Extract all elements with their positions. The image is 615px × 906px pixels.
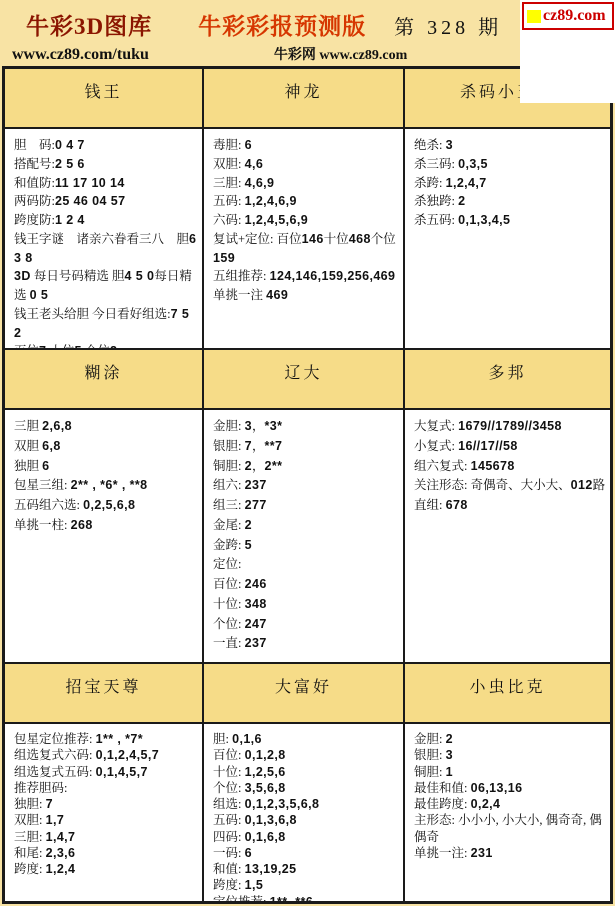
label-text: 绝杀: xyxy=(414,138,446,152)
value-text: 268 xyxy=(71,518,93,532)
panel-content: 三胆 2,6,8双胆 6,8独胆 6包星三组: 2** , *6* , **8五… xyxy=(5,410,202,662)
prediction-line: 双胆: 1,7 xyxy=(14,812,200,828)
label-text: 每日号码精选 胆 xyxy=(31,269,125,283)
panel-hutu: 糊涂 三胆 2,6,8双胆 6,8独胆 6包星三组: 2** , *6* , *… xyxy=(5,350,202,662)
logo-text: cz89.com xyxy=(543,7,606,25)
label-text: 独胆 xyxy=(14,459,42,473)
prediction-line: 钱王字谜 诸亲六眷看三八 胆6 3 8 xyxy=(14,230,200,268)
value-text: 0,1,3,6,8 xyxy=(245,813,297,827)
value-text: 3 xyxy=(245,419,252,433)
prediction-line: 3D 每日号码精选 胆4 5 0每日精选 0 5 xyxy=(14,267,200,305)
value-text: 25 46 04 57 xyxy=(55,194,125,208)
prediction-line: 单挑一注: 231 xyxy=(414,845,608,861)
label-text: 一码: xyxy=(213,846,245,860)
yellow-square-icon xyxy=(527,10,541,23)
value-text: 0,3,5 xyxy=(458,157,488,171)
value-text: 277 xyxy=(245,498,267,512)
label-text: 百位: xyxy=(213,748,245,762)
prediction-line: 五码: 1,2,4,6,9 xyxy=(213,192,401,211)
value-text: 237 xyxy=(245,478,267,492)
panel-shama-xiaowangzi: 杀码小王子 绝杀: 3杀三码: 0,3,5杀跨: 1,2,4,7杀独跨: 2杀五… xyxy=(405,69,610,348)
prediction-line: 一码: 6 xyxy=(213,845,401,861)
label-text: 银胆: xyxy=(414,748,446,762)
prediction-line: 胆: 0,1,6 xyxy=(213,731,401,747)
label-text: 双胆 xyxy=(14,439,42,453)
label-text: 组选复式六码: xyxy=(14,748,96,762)
label-text: 定位: xyxy=(213,557,241,571)
prediction-line: 百位7 十位5 个位2 xyxy=(14,342,200,348)
panel-content: 包星定位推荐: 1** , *7*组选复式六码: 0,1,2,4,5,7组选复式… xyxy=(5,724,202,901)
site-title: 牛彩3D图库 xyxy=(26,8,152,41)
issue-number: 第 328 期 xyxy=(394,11,502,40)
prediction-line: 个位: 247 xyxy=(213,615,401,635)
label-text: 小复式: xyxy=(414,439,458,453)
value-text: 2 xyxy=(245,459,252,473)
label-text: 组六复式: xyxy=(414,459,471,473)
label-text: 五码组六选: xyxy=(14,498,83,512)
value-text: 0,1,6,8 xyxy=(245,830,286,844)
prediction-line: 杀三码: 0,3,5 xyxy=(414,155,608,174)
value-text: 1,2,5,6 xyxy=(245,765,286,779)
label-text: 双胆: xyxy=(213,157,245,171)
value-text: 0,1,2,3,5,6,8 xyxy=(245,797,320,811)
label-text: 和尾: xyxy=(14,846,46,860)
prediction-line: 定位: xyxy=(213,555,401,575)
prediction-line: 杀五码: 0,1,3,4,5 xyxy=(414,211,608,230)
value-text: 0,1,2,8 xyxy=(245,748,286,762)
label-text: 直组: xyxy=(414,498,446,512)
prediction-line: 推荐胆码: xyxy=(14,780,200,796)
panel-zhaobao-tianzun: 招宝天尊 包星定位推荐: 1** , *7*组选复式六码: 0,1,2,4,5,… xyxy=(5,664,202,901)
prediction-line: 跨度: 1,5 xyxy=(213,877,401,893)
label-text: 个位: xyxy=(213,781,245,795)
value-text: 247 xyxy=(245,617,267,631)
value-text: 6 xyxy=(245,138,252,152)
prediction-line: 组六: 237 xyxy=(213,476,401,496)
prediction-line: 六码: 1,2,4,5,6,9 xyxy=(213,211,401,230)
prediction-line: 单挑一柱: 268 xyxy=(14,516,200,536)
label-text: 关注形态: 奇偶奇、大小大、 xyxy=(414,478,571,492)
value-text: 468 xyxy=(349,232,371,246)
value-text: 3D xyxy=(14,269,31,283)
panel-shenlong: 神龙 毒胆: 6双胆: 4,6三胆: 4,6,9五码: 1,2,4,6,9六码:… xyxy=(204,69,403,348)
prediction-line: 金尾: 2 xyxy=(213,516,401,536)
value-text: 145678 xyxy=(471,459,515,473)
label-text: 钱王字谜 诸亲六眷看三八 胆 xyxy=(14,232,189,246)
label-text: 胆 码: xyxy=(14,138,55,152)
label-text: 跨度防: xyxy=(14,213,55,227)
value-text: 2** xyxy=(264,459,282,473)
prediction-line: 独胆 6 xyxy=(14,457,200,477)
prediction-line: 钱王老头给胆 今日看好组选:7 5 2 xyxy=(14,305,200,343)
value-text: 0 4 7 xyxy=(55,138,85,152)
label-text: 金胆: xyxy=(414,732,446,746)
label-text: ， xyxy=(252,439,265,453)
prediction-line: 主形态: 小小小, 小大小, 偶奇奇, 偶偶奇 xyxy=(414,812,608,845)
prediction-line: 个位: 3,5,6,8 xyxy=(213,780,401,796)
value-text: 5 xyxy=(75,344,82,348)
value-text: 146 xyxy=(302,232,324,246)
value-text: 1,2,4,7 xyxy=(446,176,487,190)
prediction-line: 两码防:25 46 04 57 xyxy=(14,192,200,211)
prediction-line: 和尾: 2,3,6 xyxy=(14,845,200,861)
prediction-line: 五组推荐: 124,146,159,256,469 xyxy=(213,267,401,286)
prediction-line: 搭配号:2 5 6 xyxy=(14,155,200,174)
value-text: 2 5 6 xyxy=(55,157,85,171)
prediction-line: 组三: 277 xyxy=(213,496,401,516)
label-text: 最佳和值: xyxy=(414,781,471,795)
value-text: 6 xyxy=(42,459,49,473)
panel-content: 大复式: 1679//1789//3458小复式: 16//17//58组六复式… xyxy=(405,410,610,662)
value-text: 2,3,6 xyxy=(46,846,76,860)
cz89-logo[interactable]: cz89.com xyxy=(522,2,614,30)
panel-content: 金胆: 3，*3*银胆: 7，**7铜胆: 2，2**组六: 237组三: 27… xyxy=(204,410,403,662)
prediction-line: 直组: 678 xyxy=(414,496,608,516)
value-text: 1,5 xyxy=(245,878,264,892)
label-text: 铜胆: xyxy=(414,765,446,779)
prediction-line: 包星三组: 2** , *6* , **8 xyxy=(14,476,200,496)
label-text: 十位 xyxy=(46,344,74,348)
value-text: 246 xyxy=(245,577,267,591)
label-text: 三胆: xyxy=(213,176,245,190)
value-text: 2 xyxy=(446,732,453,746)
label-text: 包星定位推荐: xyxy=(14,732,96,746)
prediction-line: 四码: 0,1,6,8 xyxy=(213,829,401,845)
value-text: 1 xyxy=(446,765,453,779)
corner-logo-box: cz89.com xyxy=(520,0,615,103)
value-text: 0,1,4,5,7 xyxy=(96,765,148,779)
value-text: 1,2,4 xyxy=(46,862,76,876)
value-text: **7 xyxy=(264,439,282,453)
label-text: 组选: xyxy=(213,797,245,811)
label-text: 最佳跨度: xyxy=(414,797,471,811)
value-text: *3* xyxy=(264,419,282,433)
label-text: 定位推荐: xyxy=(213,895,270,902)
label-text: 单挑一柱: xyxy=(14,518,71,532)
value-text: 0 5 xyxy=(30,288,49,302)
panel-title: 神龙 xyxy=(204,69,403,129)
prediction-line: 金跨: 5 xyxy=(213,536,401,556)
value-text: 3 xyxy=(446,138,453,152)
prediction-line: 三胆 2,6,8 xyxy=(14,417,200,437)
value-text: 3 xyxy=(446,748,453,762)
label-text: 推荐胆码: xyxy=(14,781,67,795)
label-text: 胆: xyxy=(213,732,232,746)
panel-title: 钱王 xyxy=(5,69,202,129)
label-text: 十位: xyxy=(213,597,245,611)
label-text: 杀三码: xyxy=(414,157,458,171)
label-text: 五码: xyxy=(213,194,245,208)
panel-title: 大富好 xyxy=(204,664,403,724)
value-text: 1,2,4,5,6,9 xyxy=(245,213,308,227)
label-text: 组六: xyxy=(213,478,245,492)
value-text: 2** , *6* , **8 xyxy=(71,478,148,492)
prediction-line: 关注形态: 奇偶奇、大小大、012路 xyxy=(414,476,608,496)
panel-liaoda: 辽大 金胆: 3，*3*银胆: 7，**7铜胆: 2，2**组六: 237组三:… xyxy=(204,350,403,662)
prediction-line: 组选复式六码: 0,1,2,4,5,7 xyxy=(14,747,200,763)
value-text: 0,1,6 xyxy=(232,732,262,746)
value-text: 16//17//58 xyxy=(458,439,518,453)
prediction-line: 组选复式五码: 0,1,4,5,7 xyxy=(14,764,200,780)
label-text: 五码: xyxy=(213,813,245,827)
prediction-line: 杀跨: 1,2,4,7 xyxy=(414,174,608,193)
prediction-line: 百位: 246 xyxy=(213,575,401,595)
label-text: 独胆: xyxy=(14,797,46,811)
prediction-line: 毒胆: 6 xyxy=(213,136,401,155)
prediction-line: 跨度: 1,2,4 xyxy=(14,861,200,877)
prediction-line: 组六复式: 145678 xyxy=(414,457,608,477)
prediction-line: 包星定位推荐: 1** , *7* xyxy=(14,731,200,747)
value-text: 13,19,25 xyxy=(245,862,297,876)
panel-title: 辽大 xyxy=(204,350,403,410)
label-text: 两码防: xyxy=(14,194,55,208)
prediction-grid: 钱王 胆 码:0 4 7搭配号:2 5 6和值防:11 17 10 14两码防:… xyxy=(2,66,613,904)
label-text: 五组推荐: xyxy=(213,269,270,283)
label-text: 三胆: xyxy=(14,830,46,844)
label-text: 双胆: xyxy=(14,813,46,827)
value-text: 6 xyxy=(245,846,252,860)
label-text: 组三: xyxy=(213,498,245,512)
label-text: 金跨: xyxy=(213,538,245,552)
panel-title: 糊涂 xyxy=(5,350,202,410)
label-text: 主形态: 小小小, 小大小, 偶奇奇, 偶偶奇 xyxy=(414,813,602,843)
label-text: 一直: xyxy=(213,636,245,650)
value-text: 6,8 xyxy=(42,439,61,453)
prediction-line: 银胆: 7，**7 xyxy=(213,437,401,457)
prediction-line: 双胆: 4,6 xyxy=(213,155,401,174)
label-text: 和值防: xyxy=(14,176,55,190)
prediction-line: 金胆: 2 xyxy=(414,731,608,747)
value-text: 678 xyxy=(446,498,468,512)
prediction-line: 百位: 0,1,2,8 xyxy=(213,747,401,763)
label-text: 毒胆: xyxy=(213,138,245,152)
label-text: 跨度: xyxy=(213,878,245,892)
panel-content: 胆 码:0 4 7搭配号:2 5 6和值防:11 17 10 14两码防:25 … xyxy=(5,129,202,348)
value-text: 0,1,2,4,5,7 xyxy=(96,748,159,762)
prediction-line: 杀独跨: 2 xyxy=(414,192,608,211)
label-text: 金尾: xyxy=(213,518,245,532)
value-text: 348 xyxy=(245,597,267,611)
label-text: ， xyxy=(252,459,265,473)
value-text: 124,146,159,256,469 xyxy=(270,269,396,283)
prediction-line: 大复式: 1679//1789//3458 xyxy=(414,417,608,437)
panel-title: 招宝天尊 xyxy=(5,664,202,724)
label-text: 大复式: xyxy=(414,419,458,433)
value-text: 1679//1789//3458 xyxy=(458,419,562,433)
value-text: 1** , *7* xyxy=(96,732,143,746)
label-text: 包星三组: xyxy=(14,478,71,492)
value-text: 237 xyxy=(245,636,267,650)
prediction-line: 十位: 1,2,5,6 xyxy=(213,764,401,780)
prediction-line: 最佳和值: 06,13,16 xyxy=(414,780,608,796)
label-text: 个位 xyxy=(82,344,110,348)
prediction-line: 五码组六选: 0,2,5,6,8 xyxy=(14,496,200,516)
value-text: 0,2,5,6,8 xyxy=(83,498,135,512)
label-text: 个位 xyxy=(371,232,396,246)
value-text: 1,2,4,6,9 xyxy=(245,194,297,208)
prediction-line: 独胆: 7 xyxy=(14,796,200,812)
prediction-line: 一直: 237 xyxy=(213,634,401,654)
panel-content: 绝杀: 3杀三码: 0,3,5杀跨: 1,2,4,7杀独跨: 2杀五码: 0,1… xyxy=(405,129,610,348)
site-url-link[interactable]: 牛彩网 www.cz89.com xyxy=(274,44,407,64)
label-text: 十位 xyxy=(324,232,349,246)
edition-title: 牛彩彩报预测版 xyxy=(198,8,366,41)
label-text: 十位: xyxy=(213,765,245,779)
value-text: 0,2,4 xyxy=(471,797,501,811)
value-text: 3,5,6,8 xyxy=(245,781,286,795)
label-text: 杀五码: xyxy=(414,213,458,227)
label-text: 单挑一注 xyxy=(213,288,266,302)
value-text: 012 xyxy=(571,478,593,492)
tuku-url-link[interactable]: www.cz89.com/tuku xyxy=(12,46,149,64)
label-text: 铜胆: xyxy=(213,459,245,473)
value-text: 4,6,9 xyxy=(245,176,275,190)
label-text: 搭配号: xyxy=(14,157,55,171)
label-text: 钱王老头给胆 今日看好组选: xyxy=(14,307,171,321)
prediction-line: 三胆: 1,4,7 xyxy=(14,829,200,845)
label-text: 和值: xyxy=(213,862,245,876)
prediction-line: 双胆 6,8 xyxy=(14,437,200,457)
value-text: 469 xyxy=(266,288,288,302)
value-text: 1,7 xyxy=(46,813,65,827)
prediction-line: 定位推荐: 1** ,**6 xyxy=(213,894,401,902)
label-text: 路 xyxy=(593,478,606,492)
prediction-line: 铜胆: 1 xyxy=(414,764,608,780)
label-text: ， xyxy=(252,419,265,433)
label-text: 复试+定位: 百位 xyxy=(213,232,302,246)
value-text: 06,13,16 xyxy=(471,781,523,795)
value-text: 231 xyxy=(471,846,493,860)
panel-content: 金胆: 2银胆: 3铜胆: 1最佳和值: 06,13,16最佳跨度: 0,2,4… xyxy=(405,724,610,901)
panel-dafuhao: 大富好 胆: 0,1,6百位: 0,1,2,8十位: 1,2,5,6个位: 3,… xyxy=(204,664,403,901)
prediction-line: 金胆: 3，*3* xyxy=(213,417,401,437)
value-text: 7 xyxy=(46,797,53,811)
panel-content: 毒胆: 6双胆: 4,6三胆: 4,6,9五码: 1,2,4,6,9六码: 1,… xyxy=(204,129,403,348)
panel-duobang: 多邦 大复式: 1679//1789//3458小复式: 16//17//58组… xyxy=(405,350,610,662)
label-text: 百位 xyxy=(14,344,39,348)
label-text: 单挑一注: xyxy=(414,846,471,860)
panel-content: 胆: 0,1,6百位: 0,1,2,8十位: 1,2,5,6个位: 3,5,6,… xyxy=(204,724,403,901)
value-text: 2 xyxy=(245,518,252,532)
label-text: 百位: xyxy=(213,577,245,591)
prediction-line: 组选: 0,1,2,3,5,6,8 xyxy=(213,796,401,812)
value-text: 2,6,8 xyxy=(42,419,72,433)
value-text: 1 2 4 xyxy=(55,213,85,227)
prediction-line: 单挑一注 469 xyxy=(213,286,401,305)
value-text: 5 xyxy=(245,538,252,552)
value-text: 0,1,3,4,5 xyxy=(458,213,510,227)
value-text: 7 xyxy=(245,439,252,453)
label-text: 四码: xyxy=(213,830,245,844)
label-text: 银胆: xyxy=(213,439,245,453)
value-text: 2 xyxy=(110,344,117,348)
value-text: 1** ,**6 xyxy=(270,895,314,902)
value-text: 1,4,7 xyxy=(46,830,76,844)
prediction-line: 银胆: 3 xyxy=(414,747,608,763)
value-text: 2 xyxy=(458,194,465,208)
label-text: 跨度: xyxy=(14,862,46,876)
prediction-line: 胆 码:0 4 7 xyxy=(14,136,200,155)
label-text: 金胆: xyxy=(213,419,245,433)
prediction-line: 最佳跨度: 0,2,4 xyxy=(414,796,608,812)
value-text: 159 xyxy=(213,251,235,265)
prediction-line: 复试+定位: 百位146十位468个位159 xyxy=(213,230,401,268)
prediction-line: 铜胆: 2，2** xyxy=(213,457,401,477)
panel-title: 多邦 xyxy=(405,350,610,410)
label-text: 六码: xyxy=(213,213,245,227)
prediction-line: 和值防:11 17 10 14 xyxy=(14,174,200,193)
label-text: 杀跨: xyxy=(414,176,446,190)
prediction-line: 五码: 0,1,3,6,8 xyxy=(213,812,401,828)
prediction-line: 十位: 348 xyxy=(213,595,401,615)
panel-qianwang: 钱王 胆 码:0 4 7搭配号:2 5 6和值防:11 17 10 14两码防:… xyxy=(5,69,202,348)
label-text: 三胆 xyxy=(14,419,42,433)
panel-xiaochong-bike: 小虫比克 金胆: 2银胆: 3铜胆: 1最佳和值: 06,13,16最佳跨度: … xyxy=(405,664,610,901)
prediction-line: 跨度防:1 2 4 xyxy=(14,211,200,230)
value-text: 11 17 10 14 xyxy=(55,176,125,190)
label-text: 组选复式五码: xyxy=(14,765,96,779)
prediction-line: 三胆: 4,6,9 xyxy=(213,174,401,193)
value-text: 4,6 xyxy=(245,157,264,171)
prediction-line: 绝杀: 3 xyxy=(414,136,608,155)
prediction-line: 和值: 13,19,25 xyxy=(213,861,401,877)
prediction-line: 小复式: 16//17//58 xyxy=(414,437,608,457)
value-text: 4 5 0 xyxy=(125,269,155,283)
panel-title: 小虫比克 xyxy=(405,664,610,724)
label-text: 杀独跨: xyxy=(414,194,458,208)
label-text: 个位: xyxy=(213,617,245,631)
